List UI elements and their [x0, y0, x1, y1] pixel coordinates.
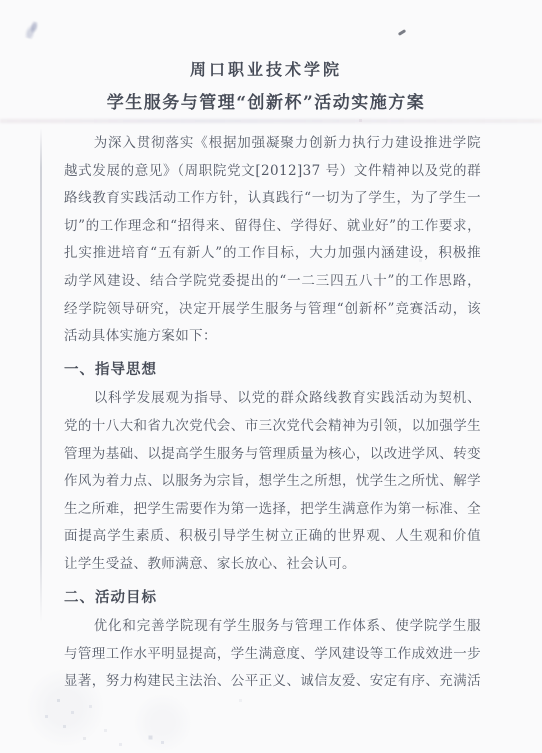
document-line: 与管理工作水平明显提高，学生满意度、学风建设等工作成效进一步 [64, 641, 481, 669]
scan-smudge-topright [398, 29, 406, 36]
scanned-document-page: 周口职业技术学院 学生服务与管理“创新杯”活动实施方案 为深入贯彻落实《根据加强… [0, 0, 542, 753]
document-body: 为深入贯彻落实《根据加强凝聚力创新力执行力建设推进学院跨越式发展的意见》（周职院… [64, 130, 481, 696]
document-line: 切”的工作理念和“招得来、留得住、学得好、就业好”的工作要求， [64, 213, 481, 241]
document-line: 为深入贯彻落实《根据加强凝聚力创新力执行力建设推进学院跨 [64, 130, 481, 158]
document-line: 党的十八大和省九次党代会、市三次党代会精神为引领，以加强学生 [64, 413, 481, 441]
section-heading: 一、指导思想 [64, 356, 481, 384]
document-line: 活动具体实施方案如下： [64, 323, 481, 351]
document-line: 动学风建设、结合学院党委提出的“一二三四五八十”的工作思路， [64, 268, 481, 296]
document-line: 面提高学生素质、积极引导学生树立正确的世界观、人生观和价值观， [64, 523, 481, 551]
document-line: 扎实推进培育“五有新人”的工作目标，大力加强内涵建设，积极推 [64, 240, 481, 268]
scan-smudge-topleft [24, 20, 40, 40]
document-line: 路线教育实践活动工作方针，认真践行“一切为了学生，为了学生一 [64, 185, 481, 213]
document-line: 经学院领导研究，决定开展学生服务与管理“创新杯”竞赛活动，该 [64, 296, 481, 324]
document-line: 优化和完善学院现有学生服务与管理工作体系、使学院学生服务 [64, 613, 481, 641]
section-heading: 二、活动目标 [64, 584, 481, 612]
document-line: 越式发展的意见》（周职院党文[2012]37 号）文件精神以及党的群众 [64, 158, 481, 186]
scan-streak [0, 119, 542, 123]
document-subtitle: 学生服务与管理“创新杯”活动实施方案 [0, 88, 532, 113]
scan-speckles [0, 0, 1, 1]
document-title: 周口职业技术学院 [0, 57, 532, 80]
document-line: 显著，努力构建民主法治、公平正义、诚信友爱、安定有序、充满活 [64, 668, 481, 696]
document-line: 管理为基础、以提高学生服务与管理质量为核心，以改进学风、转变 [64, 441, 481, 469]
document-line: 作风为着力点、以服务为宗旨，想学生之所想，忧学生之所忧、解学 [64, 468, 481, 496]
scan-fold-line [40, 128, 42, 623]
document-line: 以科学发展观为指导、以党的群众路线教育实践活动为契机、以 [64, 385, 481, 413]
document-line: 让学生受益、教师满意、家长放心、社会认可。 [64, 551, 481, 579]
document-line: 生之所难，把学生需要作为第一选择，把学生满意作为第一标准、全 [64, 496, 481, 524]
